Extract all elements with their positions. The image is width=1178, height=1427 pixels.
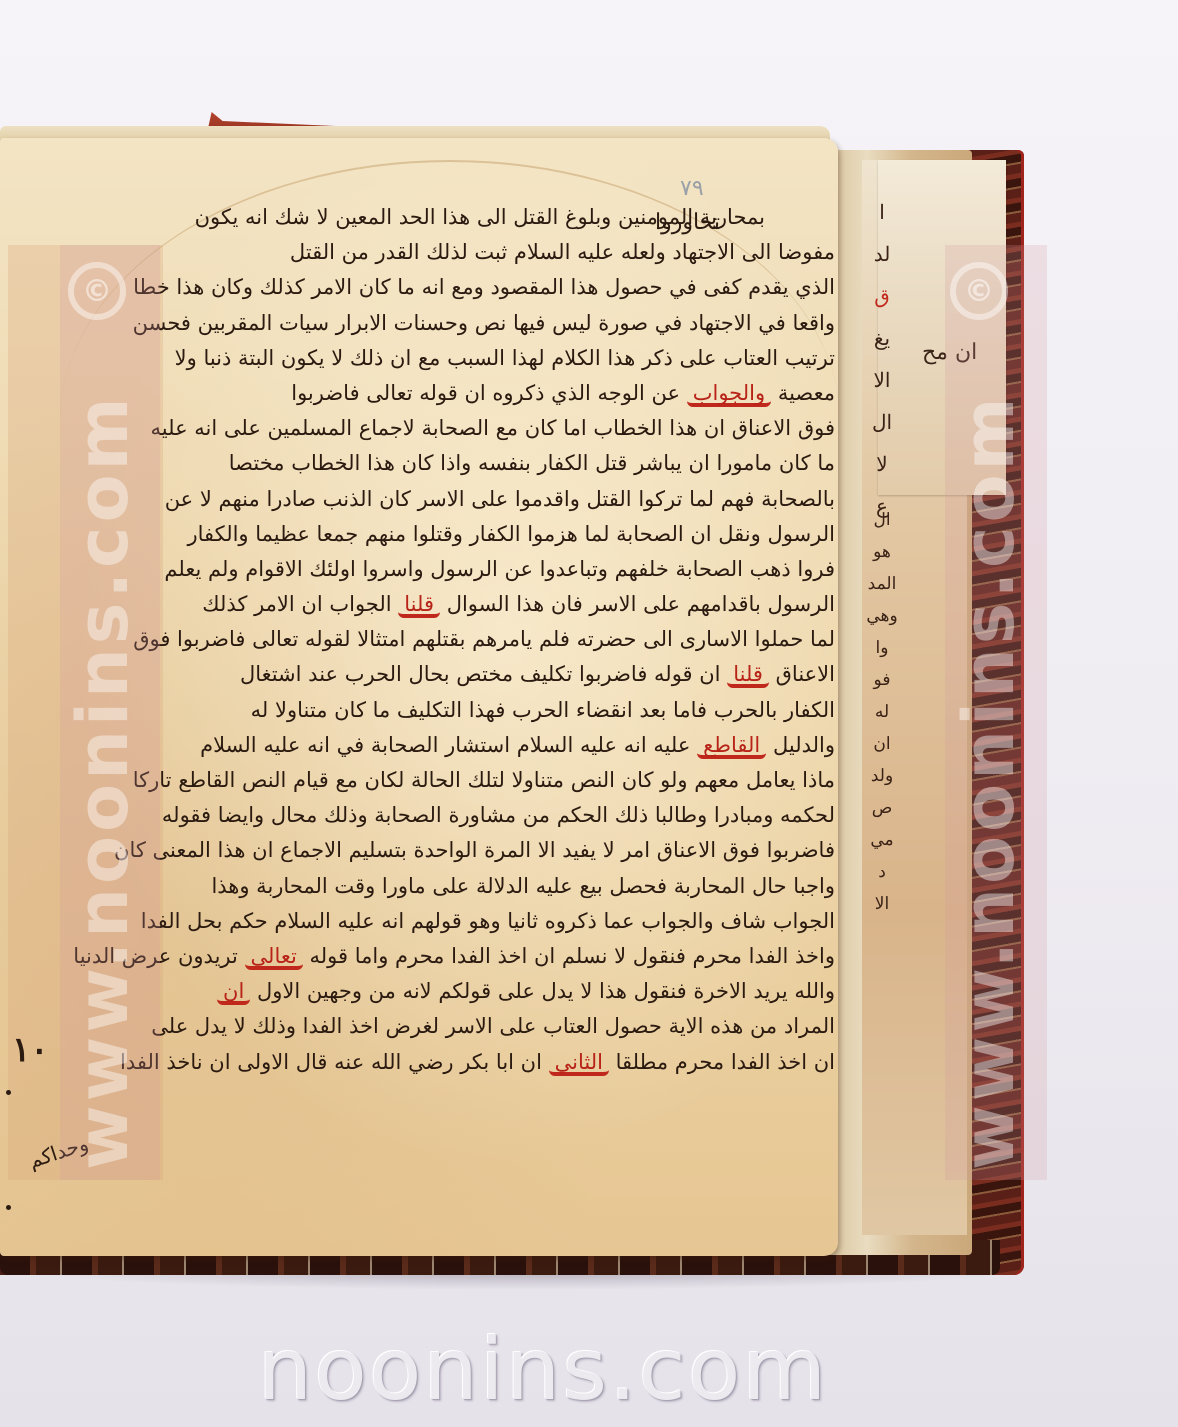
manuscript-photo: ان مح ا لد ق يغ الا ال لا ع ال هو المد و… (0, 0, 1178, 1427)
adjacent-letter: مي (870, 830, 893, 850)
copyright-icon: © (950, 262, 1008, 320)
adjacent-letter: وا (876, 638, 889, 658)
ink-dot (6, 1205, 11, 1210)
adjacent-letter: فو (874, 670, 891, 690)
text-line: فوق الاعناق ان هذا الخطاب اما كان مع الص… (60, 411, 835, 446)
adjacent-letter-rubric: ق (874, 284, 890, 308)
rubric: ان (217, 981, 250, 1005)
text-line: الجواب شاف والجواب عما ذكروه ثانيا وهو ق… (60, 904, 835, 939)
adjacent-letter: د (878, 862, 886, 882)
watermark-bottom: noonins.com (238, 1320, 848, 1420)
adjacent-letter: يغ (874, 326, 890, 350)
copyright-icon: © (68, 262, 126, 320)
adjacent-letter: ان (873, 734, 890, 754)
text-line: الاعناق قلنا ان قوله فاضربوا تكليف مختص … (60, 657, 835, 692)
text-line: فاضربوا فوق الاعناق امر لا يفيد الا المر… (60, 833, 835, 868)
text-line: لما حملوا الاسارى الى حضرته فلم يامرهم ب… (60, 622, 835, 657)
adjacent-letter: هو (873, 542, 891, 562)
adjacent-letter: ص (872, 798, 893, 818)
rubric: القاطع (697, 735, 766, 759)
adjacent-letter: الا (875, 894, 889, 914)
adjacent-letter: ولد (871, 766, 893, 786)
rubric: قلنا (398, 594, 440, 618)
rubric: الثاني (549, 1052, 609, 1076)
text-line: فروا ذهب الصحابة خلفهم وتباعدوا عن الرسو… (60, 552, 835, 587)
text-line: الرسول ونقل ان الصحابة لما هزموا الكفار … (60, 517, 835, 552)
adjacent-letter: المد (868, 574, 897, 594)
watermark-vertical-left: www.noonins.com (62, 330, 144, 1170)
text-line: والدليل القاطع عليه انه عليه السلام استش… (60, 728, 835, 763)
adjacent-letter: ا (879, 200, 885, 224)
text-line: ان اخذ الفدا محرم مطلقا الثاني ان ابا بك… (60, 1045, 835, 1080)
text-line: الذي يقدم كفى في حصول هذا المقصود ومع ان… (60, 270, 835, 305)
watermark-vertical-right: www.noonins.com (948, 330, 1030, 1170)
text-line: لحكمه ومبادرا وطالبا ذلك الحكم من مشاورة… (60, 798, 835, 833)
adjacent-page-column-lower: ال هو المد وهي وا فو له ان ولد ص مي د ال… (870, 510, 894, 914)
text-line: معصية والجواب عن الوجه الذي ذكروه ان قول… (60, 376, 835, 411)
folio-number: ٧٩ (680, 176, 704, 201)
text-line: بمحاربة المومنين وبلوغ القتل الى هذا الح… (60, 200, 835, 235)
rubric: تعالى (245, 946, 303, 970)
manuscript-text: بمحاربة المومنين وبلوغ القتل الى هذا الح… (60, 200, 835, 1080)
text-line: واجبا حال المحاربة فحصل بيع عليه الدلالة… (60, 869, 835, 904)
text-line: الكفار بالحرب فاما بعد انقضاء الحرب فهذا… (60, 693, 835, 728)
text-line: والله يريد الاخرة فنقول هذا لا يدل على ق… (60, 974, 835, 1009)
adjacent-letter: ال (873, 510, 890, 530)
adjacent-letter: وهي (866, 606, 897, 626)
margin-mark: ١٠ (12, 1030, 49, 1070)
adjacent-letter: لد (874, 242, 891, 266)
adjacent-letter: لا (876, 452, 887, 476)
rubric: قلنا (727, 664, 769, 688)
text-line: ترتيب العتاب على ذكر هذا الكلام لهذا الس… (60, 341, 835, 376)
text-line: ما كان مامورا ان يباشر قتل الكفار بنفسه … (60, 446, 835, 481)
adjacent-page-column-upper: ا لد ق يغ الا ال لا ع (870, 200, 894, 518)
ink-dot (6, 1090, 11, 1095)
text-line: مفوضا الى الاجتهاد ولعله عليه السلام ثبت… (60, 235, 835, 270)
text-line: بالصحابة فهم لما تركوا القتل واقدموا على… (60, 482, 835, 517)
text-line: واقعا في الاجتهاد في صورة ليس فيها نص وح… (60, 306, 835, 341)
text-line: المراد من هذه الاية حصول العتاب على الاس… (60, 1009, 835, 1044)
text-line: واخذ الفدا محرم فنقول لا نسلم ان اخذ الف… (60, 939, 835, 974)
text-line: ماذا يعامل معهم ولو كان النص متناولا لتل… (60, 763, 835, 798)
text-line: الرسول باقدامهم على الاسر فان هذا السوال… (60, 587, 835, 622)
adjacent-letter: ال (872, 410, 892, 434)
adjacent-letter: له (875, 702, 889, 722)
adjacent-letter: الا (874, 368, 891, 392)
rubric: والجواب (687, 383, 771, 407)
